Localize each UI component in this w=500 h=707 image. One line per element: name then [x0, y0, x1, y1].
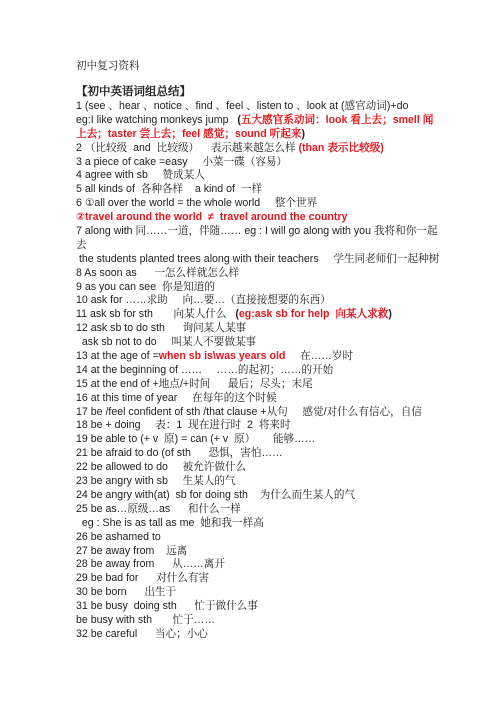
- line-text: ): [301, 128, 305, 140]
- line-text: 18 be + doing 表：1 现在进行时 2 将来时: [76, 419, 291, 431]
- phrase-line: 4 agree with sb 赞成某人: [76, 169, 446, 183]
- highlighted-note: when sb is\was years old: [159, 350, 286, 362]
- line-text: eg:I like watching monkeys jump: [76, 114, 237, 126]
- line-text: 32 be careful 当心；小心: [76, 628, 208, 640]
- phrase-line: ②travel around the world ≠ travel around…: [76, 211, 446, 225]
- highlighted-note: eg:ask sb for help 向某人求救: [239, 308, 389, 320]
- line-text: 21 be afraid to do (of sth 恐惧，害怕……: [76, 447, 283, 459]
- phrase-line: 6 ①all over the world = the whole world …: [76, 197, 446, 211]
- line-text: 5 all kinds of 各种各样 a kind of 一样: [76, 183, 262, 195]
- phrase-list: 1 (see 、hear 、notice 、find 、feel 、listen…: [76, 100, 446, 642]
- phrase-line: 25 be as…原级…as 和什么一样: [76, 503, 446, 517]
- line-text: 2 （比较级 and 比较级） 表示越来越怎么样: [76, 142, 299, 154]
- document-title: 初中复习资料: [76, 58, 446, 74]
- phrase-line: 16 at this time of year 在每年的这个时候: [76, 392, 446, 406]
- line-text: 17 be /feel confident of sth /that claus…: [76, 406, 422, 418]
- line-text: 28 be away from 从……离开: [76, 558, 225, 570]
- phrase-line: 32 be careful 当心；小心: [76, 628, 446, 642]
- phrase-line: 2 （比较级 and 比较级） 表示越来越怎么样 (than 表示比较级): [76, 142, 446, 156]
- phrase-line: 29 be bad for 对什么有害: [76, 572, 446, 586]
- line-text: 14 at the beginning of …… ……的起初；……的开始: [76, 364, 333, 376]
- phrase-line: 5 all kinds of 各种各样 a kind of 一样: [76, 183, 446, 197]
- highlighted-note: ②travel around the world ≠ travel around…: [76, 211, 347, 223]
- phrase-line: 21 be afraid to do (of sth 恐惧，害怕……: [76, 447, 446, 461]
- phrase-line: be busy with sth 忙于……: [76, 614, 446, 628]
- phrase-line: 3 a piece of cake =easy 小菜一碟（容易）: [76, 156, 446, 170]
- phrase-line: 12 ask sb to do sth 询问某人某事: [76, 322, 446, 336]
- line-text: 31 be busy doing sth 忙于做什么事: [76, 600, 258, 612]
- line-text: 9 as you can see 你是知道的: [76, 281, 215, 293]
- phrase-line: ask sb not to do 叫某人不要做某事: [76, 336, 446, 350]
- line-text: 13 at the age of =: [76, 350, 159, 362]
- phrase-line: 17 be /feel confident of sth /that claus…: [76, 406, 446, 420]
- highlighted-note: 上去；taster 尝上去；feel 感觉；sound 听起来: [76, 128, 301, 140]
- phrase-line: 11 ask sb for sth 向某人什么 (eg:ask sb for h…: [76, 308, 446, 322]
- line-text: 去: [76, 239, 87, 251]
- line-text: 19 be able to (+ v 原) = can (+ v 原） 能够……: [76, 433, 315, 445]
- line-text: 11 ask sb for sth 向某人什么: [76, 308, 235, 320]
- section-heading: 【初中英语词组总结】: [76, 85, 446, 100]
- line-text: 24 be angry with(at) sb for doing sth 为什…: [76, 489, 355, 501]
- phrase-line: 去: [76, 239, 446, 253]
- line-text: 1 (see 、hear 、notice 、find 、feel 、listen…: [76, 100, 408, 112]
- line-text: 8 As soon as 一怎么样就怎么样: [76, 267, 239, 279]
- line-text: ask sb not to do 叫某人不要做某事: [76, 336, 256, 348]
- highlighted-note: 五大感官系动词：look 看上去；smell 闻: [241, 114, 433, 126]
- line-text: 23 be angry with sb 生某人的气: [76, 475, 236, 487]
- phrase-line: 15 at the end of +地点/+时间 最后；尽头；末尾: [76, 378, 446, 392]
- phrase-line: the students planted trees along with th…: [76, 253, 446, 267]
- phrase-line: 上去；taster 尝上去；feel 感觉；sound 听起来): [76, 128, 446, 142]
- line-text: 30 be born 出生于: [76, 586, 176, 598]
- phrase-line: 14 at the beginning of …… ……的起初；……的开始: [76, 364, 446, 378]
- phrase-line: 28 be away from 从……离开: [76, 558, 446, 572]
- phrase-line: eg : She is as tall as me 她和我一样高: [76, 517, 446, 531]
- phrase-line: 27 be away from 远离: [76, 545, 446, 559]
- highlighted-note: (than 表示比较级): [299, 142, 384, 154]
- phrase-line: 24 be angry with(at) sb for doing sth 为什…: [76, 489, 446, 503]
- phrase-line: 7 along with 同……一道，伴随…… eg : I will go a…: [76, 225, 446, 239]
- line-text: 3 a piece of cake =easy 小菜一碟（容易）: [76, 156, 287, 168]
- phrase-line: 18 be + doing 表：1 现在进行时 2 将来时: [76, 419, 446, 433]
- phrase-line: eg:I like watching monkeys jump (五大感官系动词…: [76, 114, 446, 128]
- line-text: 6 ①all over the world = the whole world …: [76, 197, 317, 209]
- line-text: 22 be allowed to do 被允许做什么: [76, 461, 246, 473]
- line-text: 26 be ashamed to: [76, 531, 161, 543]
- line-text: 4 agree with sb 赞成某人: [76, 169, 205, 181]
- phrase-line: 30 be born 出生于: [76, 586, 446, 600]
- line-text: 29 be bad for 对什么有害: [76, 572, 209, 584]
- line-text: 25 be as…原级…as 和什么一样: [76, 503, 241, 515]
- phrase-line: 1 (see 、hear 、notice 、find 、feel 、listen…: [76, 100, 446, 114]
- document-page: 初中复习资料 【初中英语词组总结】 1 (see 、hear 、notice 、…: [76, 58, 446, 642]
- phrase-line: 26 be ashamed to: [76, 531, 446, 545]
- phrase-line: 13 at the age of =when sb is\was years o…: [76, 350, 446, 364]
- line-text: the students planted trees along with th…: [76, 253, 439, 265]
- phrase-line: 9 as you can see 你是知道的: [76, 281, 446, 295]
- phrase-line: 23 be angry with sb 生某人的气: [76, 475, 446, 489]
- line-text: 10 ask for ……求助 向…要…（直接接想要的东西）: [76, 294, 331, 306]
- phrase-line: 22 be allowed to do 被允许做什么: [76, 461, 446, 475]
- line-text: 27 be away from 远离: [76, 545, 187, 557]
- line-text: 16 at this time of year 在每年的这个时候: [76, 392, 277, 404]
- line-text: 在……岁时: [285, 350, 353, 362]
- phrase-line: 19 be able to (+ v 原) = can (+ v 原） 能够……: [76, 433, 446, 447]
- phrase-line: 31 be busy doing sth 忙于做什么事: [76, 600, 446, 614]
- phrase-line: 10 ask for ……求助 向…要…（直接接想要的东西）: [76, 294, 446, 308]
- line-text: ): [388, 308, 392, 320]
- line-text: 7 along with 同……一道，伴随…… eg : I will go a…: [76, 225, 437, 237]
- phrase-line: 8 As soon as 一怎么样就怎么样: [76, 267, 446, 281]
- line-text: be busy with sth 忙于……: [76, 614, 215, 626]
- line-text: eg : She is as tall as me 她和我一样高: [76, 517, 264, 529]
- line-text: 12 ask sb to do sth 询问某人某事: [76, 322, 246, 334]
- line-text: 15 at the end of +地点/+时间 最后；尽头；末尾: [76, 378, 313, 390]
